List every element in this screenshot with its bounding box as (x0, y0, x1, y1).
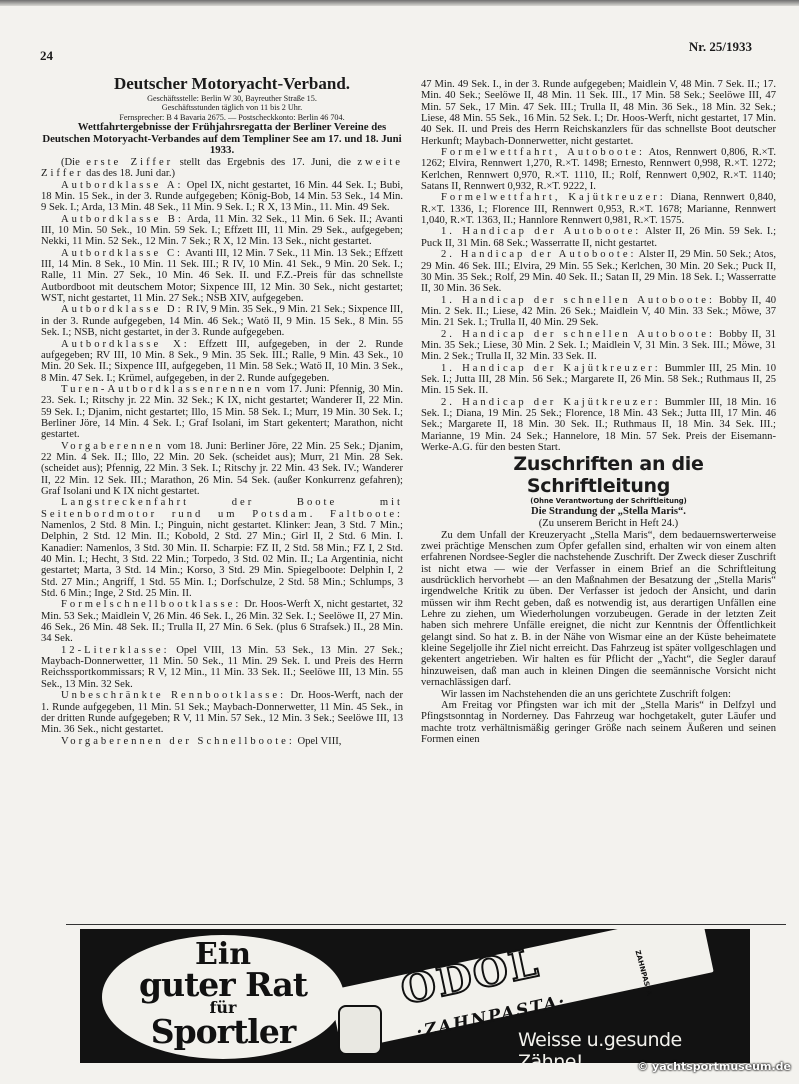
org-title: Deutscher Motoryacht-Verband. (41, 74, 403, 94)
issue-number: Nr. 25/1933 (689, 39, 752, 55)
article-paragraph: Zu dem Unfall der Kreuzeryacht „Stella M… (421, 530, 776, 689)
result-entry: Turen-Autbordklassenrennen vom 17. Juni:… (41, 384, 403, 441)
result-entry: Autbordklasse X: Effzett III, aufgegeben… (41, 339, 403, 384)
section-divider (66, 924, 786, 925)
org-address: Geschäftsstelle: Berlin W 30, Bayreuther… (41, 94, 403, 103)
result-entry: 2. Handicap der Kajütkreuzer: Bummler II… (421, 397, 776, 454)
letters-section-subtitle: (Ohne Verantwortung der Schriftleitung) (421, 497, 776, 506)
results-note: (Die erste Ziffer stellt das Ergebnis de… (41, 157, 403, 180)
result-entry: 1. Handicap der Autoboote: Alster II, 26… (421, 226, 776, 249)
result-entry: Formelwettfahrt, Kajütkreuzer: Diana, Re… (421, 192, 776, 226)
article-subtitle: (Zu unserem Bericht in Heft 24.) (421, 518, 776, 529)
tube-cap-icon (338, 1005, 382, 1055)
result-entry: Autbordklasse C: Avanti III, 12 Min. 7 S… (41, 248, 403, 305)
result-entry: Formelwettfahrt, Autoboote: Atos, Rennwe… (421, 147, 776, 192)
result-entry: 1. Handicap der schnellen Autoboote: Bob… (421, 295, 776, 329)
result-entry: Vorgaberennen vom 18. Juni: Berliner Jör… (41, 441, 403, 498)
result-entry: Autbordklasse B: Arda, 11 Min. 32 Sek., … (41, 214, 403, 248)
result-entry: Unbeschränkte Rennbootklasse: Dr. Hoos-W… (41, 690, 403, 735)
result-entry: 2. Handicap der Autoboote: Alster II, 29… (421, 249, 776, 294)
article-paragraph: Am Freitag vor Pfingsten war ich mit der… (421, 700, 776, 745)
ad-tagline: Weisse u.gesunde Zähne! (518, 1029, 750, 1063)
odol-advertisement: Ein guter Rat für Sportler ODOL ·ZAHNPAS… (80, 929, 750, 1063)
page-number: 24 (40, 48, 53, 64)
ad-slogan: Ein guter Rat für Sportler (102, 941, 344, 1048)
result-entry: 12-Literklasse: Opel VIII, 13 Min. 53 Se… (41, 645, 403, 690)
org-hours: Geschäftsstunden täglich von 11 bis 2 Uh… (41, 103, 403, 112)
left-column: Deutscher Motoryacht-Verband. Geschäftss… (41, 74, 403, 747)
result-entry: 1. Handicap der Kajütkreuzer: Bummler II… (421, 363, 776, 397)
result-entry: Vorgaberennen der Schnellboote: Opel VII… (41, 736, 403, 747)
result-entry: Autbordklasse D: R IV, 9 Min. 35 Sek., 9… (41, 304, 403, 338)
result-entry: Autbordklasse A: Opel IX, nicht gestarte… (41, 180, 403, 214)
result-entry: 2. Handicap der schnellen Autoboote: Bob… (421, 329, 776, 363)
result-entry: Langstreckenfahrt der Boote mit Seitenbo… (41, 497, 403, 599)
article-title: Die Strandung der „Stella Maris“. (421, 506, 776, 518)
letters-section-title: Zuschriften an die Schriftleitung (421, 453, 776, 497)
page-edge-shadow (0, 0, 799, 6)
article-paragraph: Wir lassen im Nachstehenden die an uns g… (421, 689, 776, 700)
watermark: © yachtsportmuseum.de (637, 1060, 791, 1073)
right-column: 47 Min. 49 Sek. I., in der 3. Runde aufg… (421, 79, 776, 745)
continued-results: 47 Min. 49 Sek. I., in der 3. Runde aufg… (421, 79, 776, 147)
results-title: Wettfahrtergebnisse der Frühjahrsregatta… (41, 122, 403, 157)
result-entry: Formelschnellbootklasse: Dr. Hoos-Werft … (41, 599, 403, 644)
